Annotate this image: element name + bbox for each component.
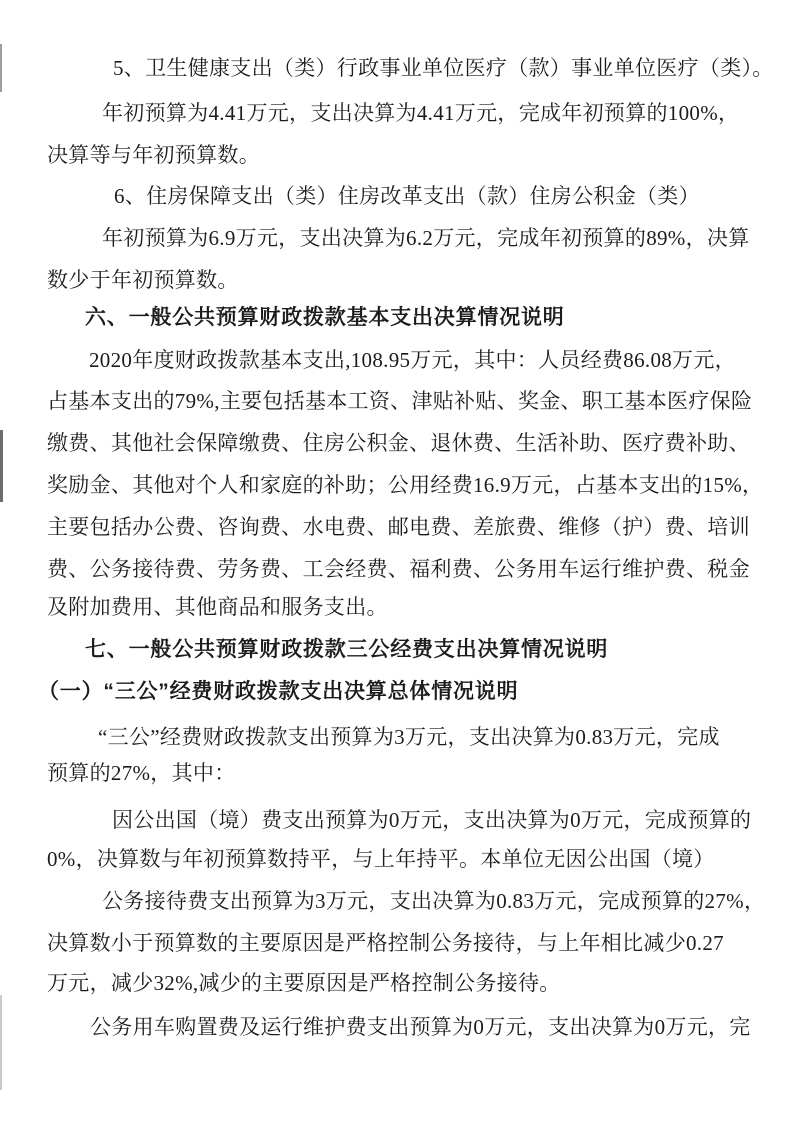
paragraph-text-line: 预算的27%，其中： <box>47 752 236 794</box>
paragraph-text-line: 0%，决算数与年初预算数持平，与上年持平。本单位无因公出国（境） <box>47 838 715 880</box>
paragraph-text-line: 5、卫生健康支出（类）行政事业单位医疗（款）事业单位医疗（类）。 <box>113 47 774 89</box>
paragraph-text-line: 奖励金、其他对个人和家庭的补助；公用经费16.9万元，占基本支出的15%， <box>47 464 763 506</box>
paragraph-text-line: 万元，减少32%,减少的主要原因是严格控制公务接待。 <box>47 962 561 1004</box>
paragraph-text-line: 公务用车购置费及运行维护费支出预算为0万元，支出决算为0万元，完 <box>90 1006 751 1048</box>
paragraph-text-line: 主要包括办公费、咨询费、水电费、邮电费、差旅费、维修（护）费、培训 <box>47 506 750 548</box>
section-heading-line: 六、一般公共预算财政拨款基本支出决算情况说明 <box>85 297 565 339</box>
paragraph-text-line: 决算数小于预算数的主要原因是严格控制公务接待，与上年相比减少0.27 <box>47 922 724 964</box>
paragraph-text-line: 缴费、其他社会保障缴费、住房公积金、退休费、生活补助、医疗费补助、 <box>47 422 750 464</box>
paragraph-text-line: 决算等与年初预算数。 <box>47 134 260 176</box>
paragraph-text-line: 费、公务接待费、劳务费、工会经费、福利费、公务用车运行维护费、税金 <box>47 548 750 590</box>
section-heading-line: （一）“三公”经费财政拨款支出决算总体情况说明 <box>38 671 518 713</box>
paragraph-text-line: 占基本支出的79%,主要包括基本工资、津贴补贴、奖金、职工基本医疗保险 <box>47 380 752 422</box>
paragraph-text-line: 及附加费用、其他商品和服务支出。 <box>47 586 388 628</box>
scan-edge-artifact <box>0 995 2 1090</box>
paragraph-text-line: 公务接待费支出预算为3万元，支出决算为0.83万元，完成预算的27%， <box>102 880 765 922</box>
paragraph-text-line: 数少于年初预算数。 <box>47 259 239 301</box>
paragraph-text-line: 年初预算为6.9万元，支出决算为6.2万元，完成年初预算的89%，决算 <box>102 217 750 259</box>
paragraph-text-line: 6、住房保障支出（类）住房改革支出（款）住房公积金（类） <box>114 175 700 217</box>
paragraph-text-line: 2020年度财政拨款基本支出,108.95万元，其中：人员经费86.08万元， <box>89 339 736 381</box>
section-heading-line: 七、一般公共预算财政拨款三公经费支出决算情况说明 <box>85 629 608 671</box>
scan-edge-artifact <box>0 44 2 92</box>
paragraph-text-line: 年初预算为4.41万元，支出决算为4.41万元，完成年初预算的100%， <box>102 92 739 134</box>
scan-edge-artifact <box>0 430 3 502</box>
paragraph-text-line: 因公出国（境）费支出预算为0万元，支出决算为0万元，完成预算的 <box>112 799 751 841</box>
document-page: 5、卫生健康支出（类）行政事业单位医疗（款）事业单位医疗（类）。年初预算为4.4… <box>0 0 793 1122</box>
